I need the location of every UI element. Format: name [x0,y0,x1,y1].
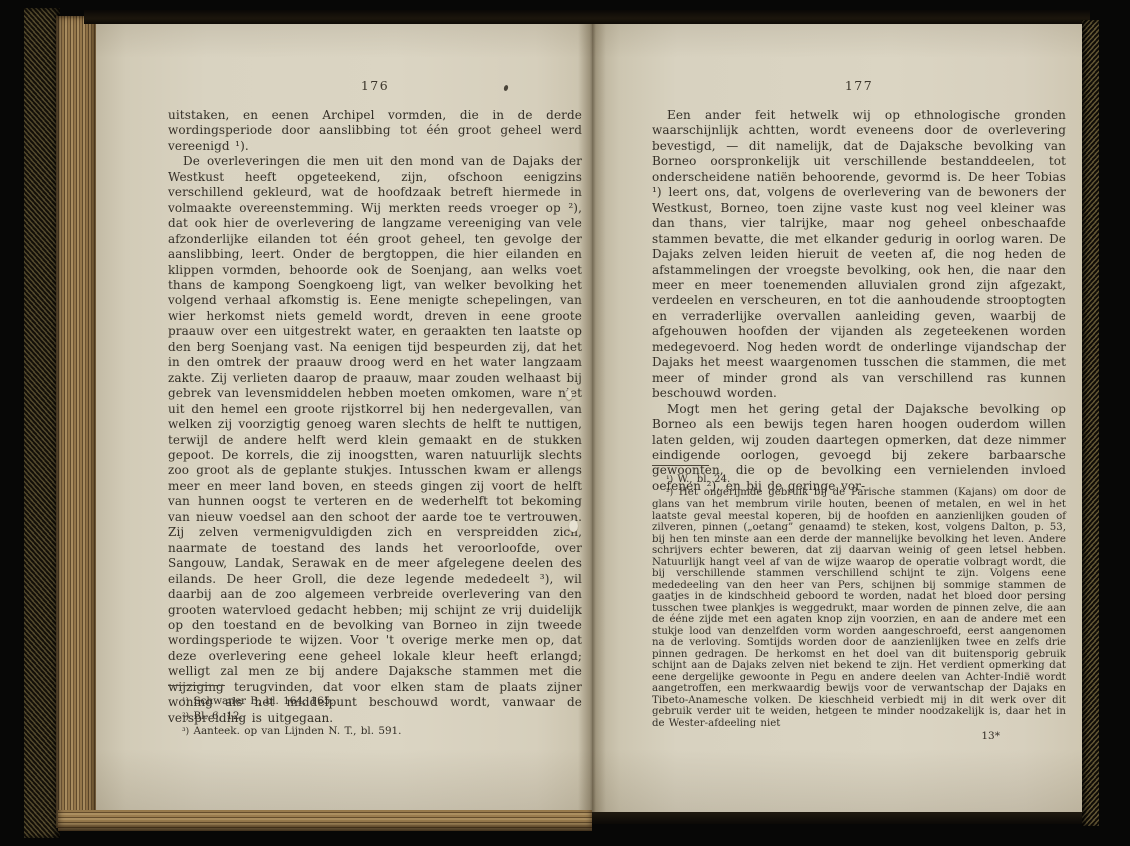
footnote-marker: ³) [182,727,189,737]
footnote-separator [168,685,225,686]
footnote-marker: ²) [666,488,673,498]
paragraph: uitstaken, en eenen Archipel vormden, di… [168,108,582,154]
page-edge-bottom [58,810,592,831]
photo-background: { "colors": { "background": "#070706", "… [0,0,1130,846]
page-fore-edge-left [56,16,98,828]
book-cover-top-edge [84,10,1090,24]
footnote-marker: ¹) [666,475,673,485]
signature-mark: 13* [652,731,1066,743]
page-number-right: 177 [652,78,1066,93]
page-number-left: 176 [168,78,582,93]
page-tear [566,390,572,400]
footnotes-right: ¹) W., bl. 24. ²) Het ongerijmde gebruik… [652,474,1066,743]
footnote-text: Het ongerijmde gebruik bij de Parische s… [652,487,1066,729]
footnote: ²) Bl. 6, 12. [168,709,582,724]
page-176: 176 uitstaken, en eenen Archipel vormden… [96,24,592,812]
book-photo: 176 uitstaken, en eenen Archipel vormden… [0,0,1130,846]
footnote-text: Bl. 6, 12. [193,710,242,722]
footnotes-left: ¹) Schwaner B, bl. 164, 165. ²) Bl. 6, 1… [168,694,582,739]
body-text-right: Een ander feit hetwelk wij op ethnologis… [652,108,1066,494]
body-text-left: uitstaken, en eenen Archipel vormden, di… [168,108,582,726]
footnote-marker: ¹) [182,697,189,707]
footnote: ²) Het ongerijmde gebruik bij de Parisch… [652,487,1066,730]
footnote-separator [652,465,709,466]
book-cover-left-edge [24,8,60,838]
footnote: ¹) W., bl. 24. [652,474,1066,487]
page-tear [569,520,578,532]
footnote-text: Schwaner B, bl. 164, 165. [193,695,333,707]
paragraph: De overleveringen die men uit den mond v… [168,154,582,726]
book-cover-right-edge [1082,20,1099,826]
book-cover-bottom-edge [592,812,1090,824]
footnote: ¹) Schwaner B, bl. 164, 165. [168,694,582,709]
footnote-text: W., bl. 24. [677,474,730,485]
footnote-text: Aanteek. op van Lijnden N. T., bl. 591. [193,725,401,737]
paragraph: Een ander feit hetwelk wij op ethnologis… [652,108,1066,402]
page-177: 177 Een ander feit hetwelk wij op ethnol… [592,24,1082,812]
footnote-marker: ²) [182,712,189,722]
footnote: ³) Aanteek. op van Lijnden N. T., bl. 59… [168,724,582,739]
